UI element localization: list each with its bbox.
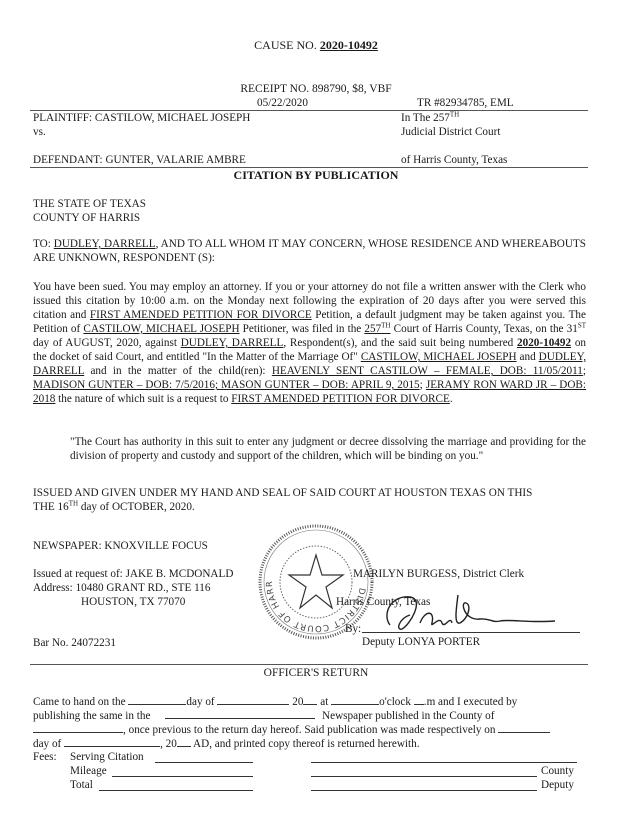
by-label: By: — [345, 622, 361, 636]
return-text: day of — [186, 696, 214, 708]
to-paragraph: TO: DUDLEY, DARRELL, AND TO ALL WHOM IT … — [33, 237, 586, 265]
issued-line-1: ISSUED AND GIVEN UNDER MY HAND AND SEAL … — [33, 486, 532, 500]
return-line-2: publishing the same in the Newspaper pub… — [33, 708, 586, 723]
return-text: Newspaper published in the County of — [322, 710, 494, 722]
suit-number: 2020-10492 — [517, 337, 571, 349]
newspaper-field[interactable] — [165, 708, 315, 719]
petitioner-name: CASTILOW, MICHAEL JOSEPH — [83, 323, 239, 335]
return-text: 20 — [292, 696, 303, 708]
return-line-1: Came to hand on the day of 20 at o'clock… — [33, 694, 586, 709]
mileage-field[interactable] — [112, 776, 253, 777]
plaintiff: PLAINTIFF: CASTILOW, MICHAEL JOSEPH — [33, 111, 250, 125]
receipt-date: 05/22/2020 — [257, 96, 308, 110]
citation-body: You have been sued. You may employ an at… — [33, 280, 586, 406]
court-sup: TH — [381, 321, 390, 329]
return-text: AD, and printed copy thereof is returned… — [193, 738, 419, 750]
return-text: , once previous to the return day hereof… — [123, 724, 496, 736]
return-text: o'clock — [379, 696, 411, 708]
return-line-4: day of , 20 AD, and printed copy thereof… — [33, 736, 420, 751]
ampm-field[interactable] — [414, 694, 424, 705]
serving-citation-field[interactable] — [155, 762, 253, 763]
return-divider — [30, 664, 588, 665]
to-name: DUDLEY, DARRELL — [54, 238, 156, 250]
body-text: and in the matter of the child(ren): — [84, 365, 272, 377]
seal-text: DISTRICT COURT OF HARRIS COUNTY TEXAS — [257, 523, 367, 633]
party-1: CASTILOW, MICHAEL JOSEPH — [361, 351, 517, 363]
court-sup: TH — [450, 110, 459, 118]
county-label: County — [541, 764, 574, 778]
body-text: Petitioner, was filed in the — [240, 323, 365, 335]
return-text: publishing the same in the — [33, 710, 150, 722]
total-field[interactable] — [99, 790, 253, 791]
fee-serving-citation: Serving Citation — [70, 750, 144, 764]
defendant: DEFENDANT: GUNTER, VALARIE AMBRE — [33, 153, 246, 167]
hand-time-field[interactable] — [331, 694, 379, 705]
issued-sup: TH — [69, 499, 78, 507]
return-text: at — [320, 696, 328, 708]
officers-return-title: OFFICER'S RETURN — [0, 666, 632, 680]
respondent-name: DUDLEY, DARRELL — [181, 337, 284, 349]
court-number: 257 — [364, 323, 381, 335]
newspaper: NEWSPAPER: KNOXVILLE FOCUS — [33, 539, 208, 553]
return-text: .m and I executed by — [424, 696, 518, 708]
cause-number: 2020-10492 — [320, 38, 378, 52]
body-text: day of AUGUST, 2020, against — [33, 337, 181, 349]
issued-line-2: THE 16TH day of OCTOBER, 2020. — [33, 500, 195, 514]
signature-icon — [380, 585, 570, 635]
clerk-name: MARILYN BURGESS, District Clerk — [353, 567, 524, 581]
publication-year-field[interactable] — [177, 736, 191, 747]
body-text: . — [450, 393, 453, 405]
tr-number: TR #82934785, EML — [417, 96, 514, 110]
county-signature-field[interactable] — [311, 776, 537, 777]
versus: vs. — [33, 125, 46, 139]
svg-text:DISTRICT COURT OF HARRIS COUNT: DISTRICT COURT OF HARRIS COUNTY TEXAS — [257, 523, 367, 633]
separator: ; — [583, 365, 586, 377]
document-title: CITATION BY PUBLICATION — [0, 168, 632, 182]
county-line: COUNTY OF HARRIS — [33, 211, 140, 225]
deputy-label: Deputy — [541, 778, 574, 792]
petition-title: FIRST AMENDED PETITION FOR DIVORCE — [90, 309, 312, 321]
hand-year-field[interactable] — [303, 694, 317, 705]
cause-label: CAUSE NO. — [254, 38, 317, 52]
deputy-signature-field[interactable] — [311, 790, 537, 791]
body-text: the nature of which suit is a request to — [55, 393, 231, 405]
court-prefix: In The 257 — [401, 112, 450, 124]
hand-month-field[interactable] — [217, 694, 289, 705]
return-text: day of — [33, 738, 61, 750]
court-line-2: Judicial District Court — [401, 125, 500, 139]
cause-number-line: CAUSE NO. 2020-10492 — [0, 38, 632, 52]
body-text: , Respondent(s), and the said suit being… — [283, 337, 517, 349]
day-sup: ST — [578, 321, 586, 329]
child-2: MADISON GUNTER – DOB: 7/5/2016; MASON GU… — [33, 379, 420, 391]
issued-prefix: THE 16 — [33, 501, 69, 513]
fees-label: Fees: — [33, 750, 57, 764]
child-1: HEAVENLY SENT CASTILOW – FEMALE, DOB: 11… — [272, 365, 583, 377]
issued-at-request: Issued at request of: JAKE B. MCDONALD — [33, 567, 233, 581]
publication-month-field[interactable] — [64, 736, 160, 747]
receipt-number: RECEIPT NO. 898790, $8, VBF — [0, 82, 632, 96]
officer-signature-field[interactable] — [311, 762, 577, 763]
return-text: , 20 — [160, 738, 177, 750]
court-authority-quote: "The Court has authority in this suit to… — [70, 435, 586, 463]
body-text: and — [517, 351, 539, 363]
issued-rest: day of OCTOBER, 2020. — [78, 501, 195, 513]
to-prefix: TO: — [33, 238, 54, 250]
county-field[interactable] — [33, 722, 123, 733]
body-text: Court of Harris County, Texas, on the 31 — [391, 323, 578, 335]
fee-total: Total — [70, 778, 93, 792]
publication-date-field[interactable] — [498, 722, 550, 733]
fee-mileage: Mileage — [70, 764, 107, 778]
state-line: THE STATE OF TEXAS — [33, 197, 146, 211]
court-line-3: of Harris County, Texas — [401, 153, 507, 167]
requester-address-1: Address: 10480 GRANT RD., STE 116 — [33, 581, 210, 595]
petition-title: FIRST AMENDED PETITION FOR DIVORCE — [231, 393, 450, 405]
court-line-1: In The 257TH — [401, 111, 459, 125]
bar-number: Bar No. 24072231 — [33, 636, 116, 650]
requester-address-2: HOUSTON, TX 77070 — [81, 595, 185, 609]
deputy-name: Deputy LONYA PORTER — [362, 635, 480, 649]
return-line-3: , once previous to the return day hereof… — [33, 722, 586, 737]
return-text: Came to hand on the — [33, 696, 126, 708]
hand-day-field[interactable] — [128, 694, 186, 705]
